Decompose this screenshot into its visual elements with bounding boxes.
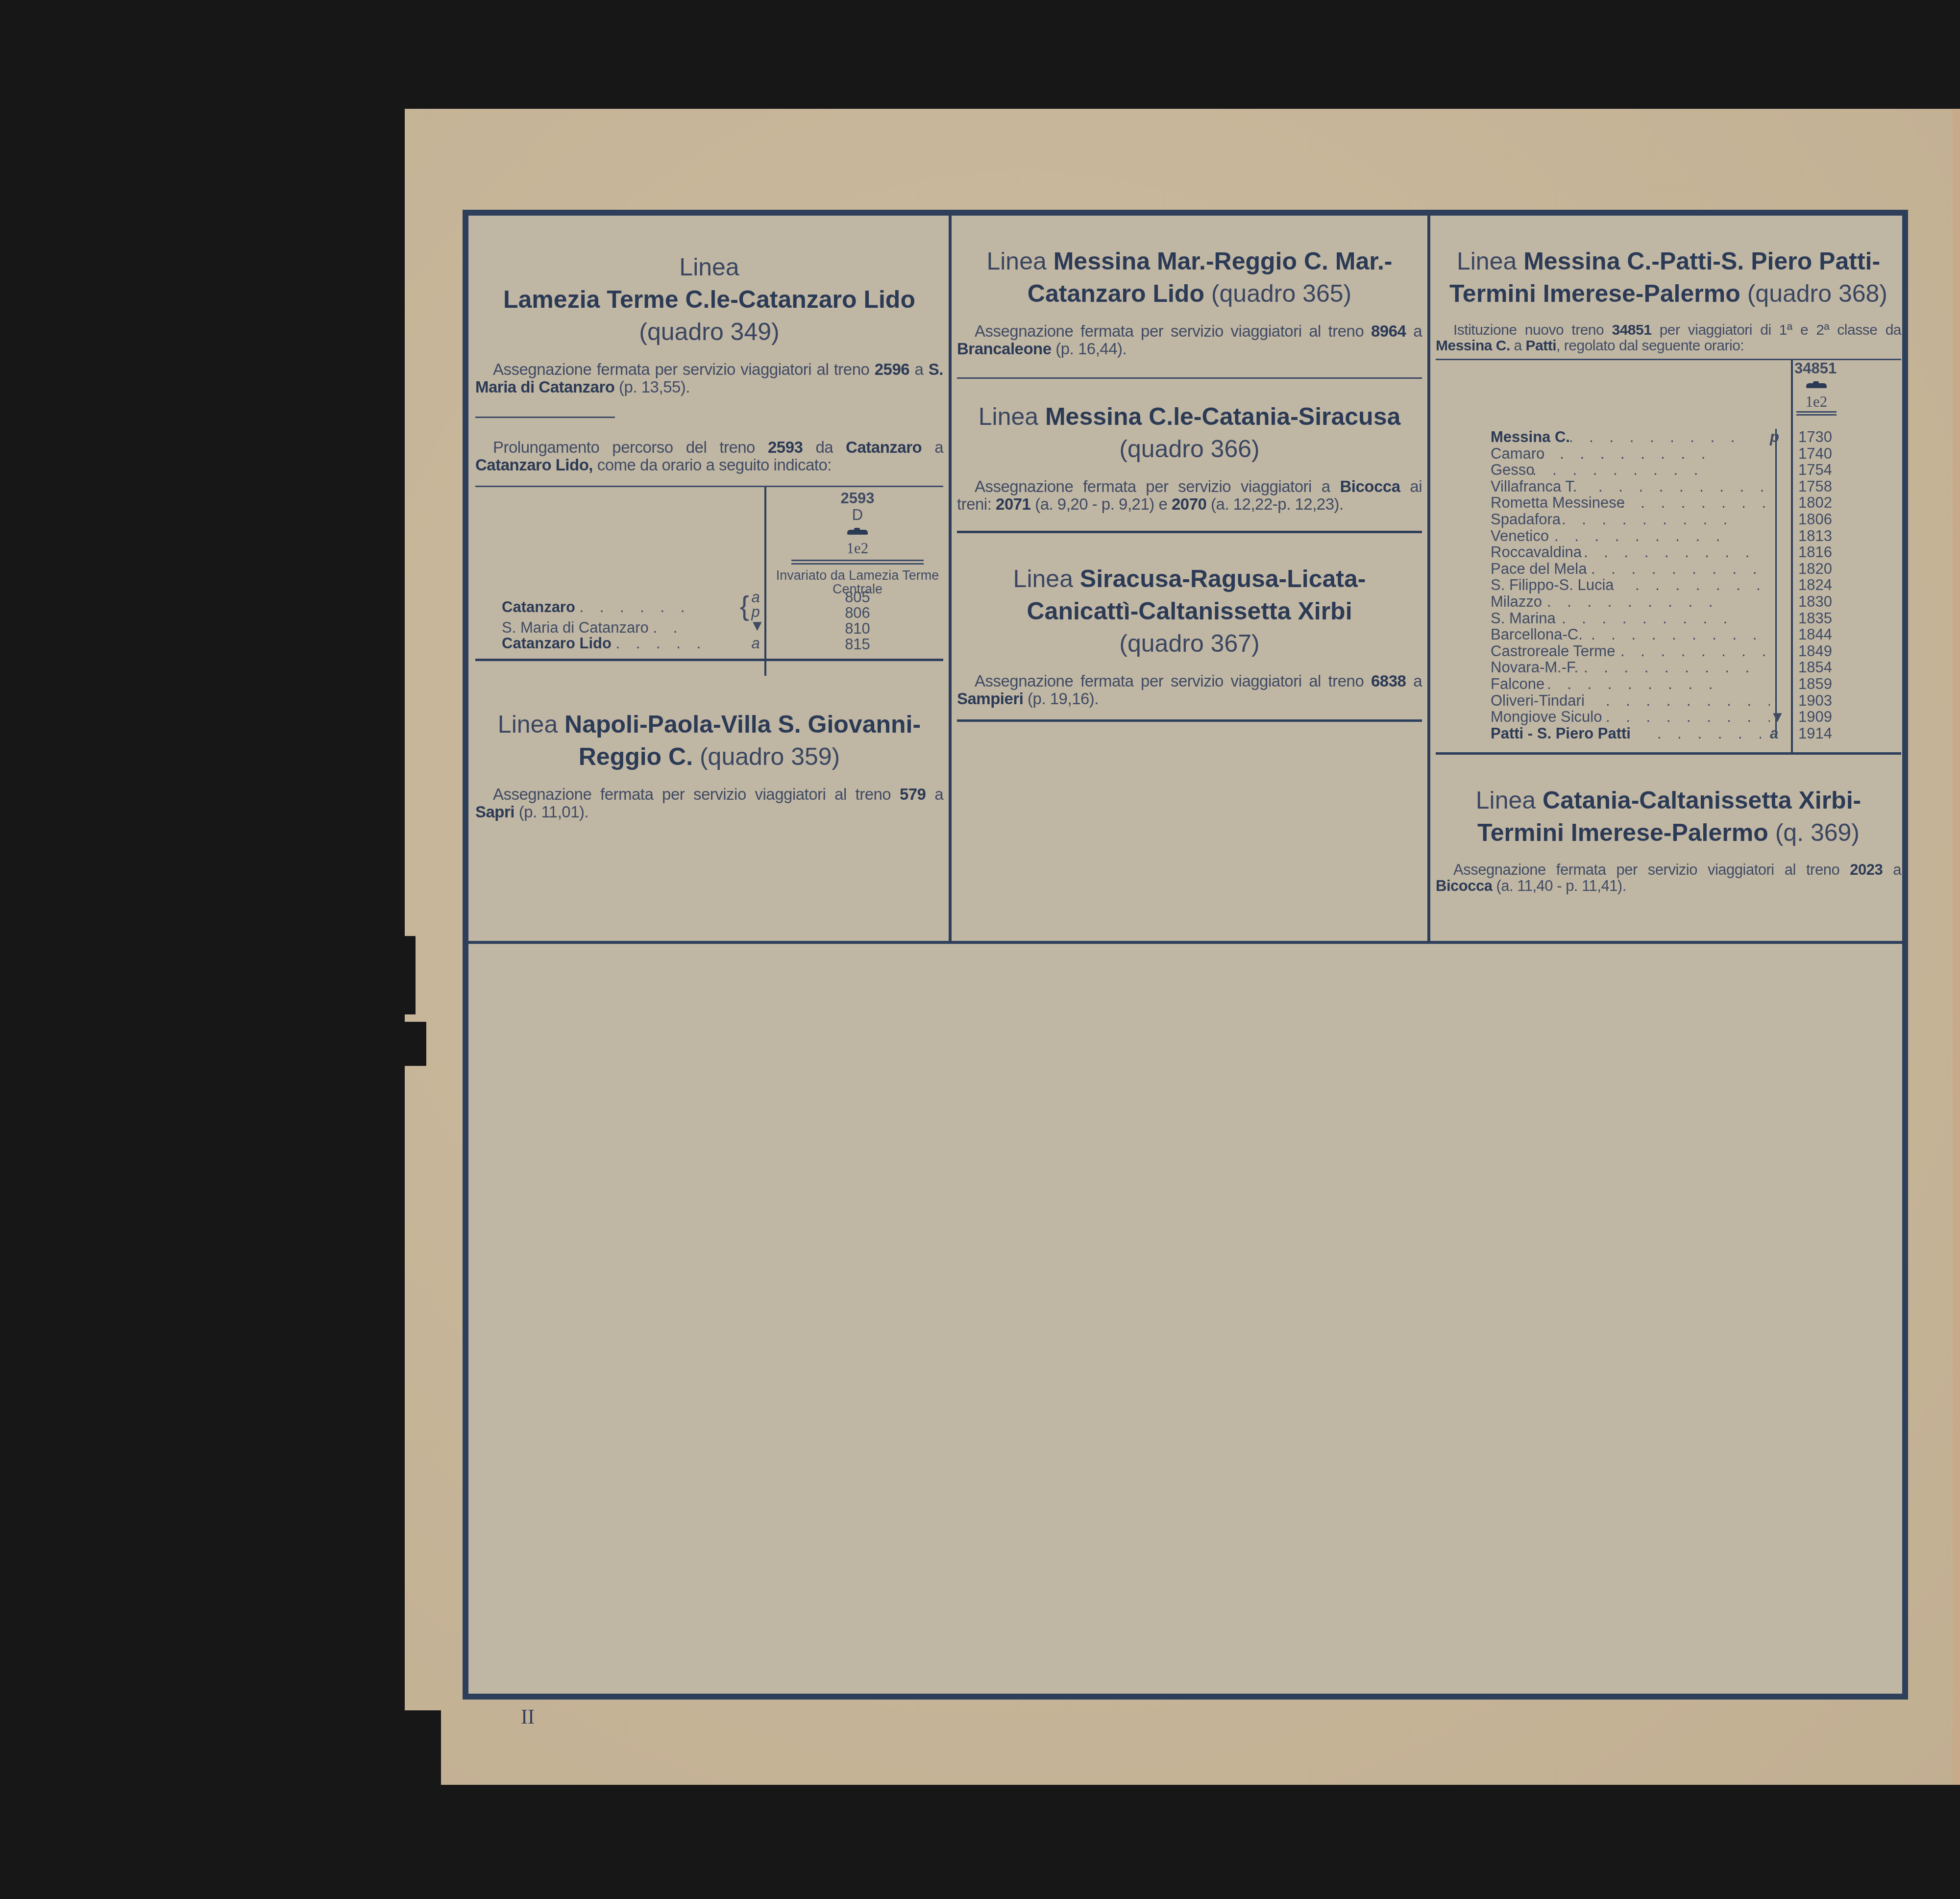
train-type: D [769, 507, 946, 523]
station-name: Oliveri-Tindari [1491, 692, 1585, 709]
indicator-arrive: a [750, 635, 761, 652]
station-name: Novara-M.-F. [1491, 659, 1578, 676]
table-row: Milazzo . . . . . . . . .1830 [1491, 593, 1892, 610]
train-classes: 1e2 [769, 540, 946, 557]
notice-text: Assegnazione fermata per servizio viaggi… [957, 322, 1422, 358]
notice-text: Istituzione nuovo treno 34851 per viaggi… [1436, 322, 1901, 354]
station-name: Roccavaldina [1491, 543, 1582, 561]
short-divider [475, 417, 615, 418]
time-cell: 1859 [1798, 676, 1832, 692]
station-name: Mongiove Siculo [1491, 708, 1602, 725]
time-cell: 1849 [1798, 643, 1832, 660]
station-name: Rometta Messinese [1491, 494, 1625, 511]
table-row: Venetico . . . . . . . . .1813 [1491, 528, 1892, 544]
table-row: Oliveri-Tindari . . . . . . . . .1903 [1491, 692, 1892, 709]
column-2: Linea Messina Mar.-Reggio C. Mar.-Catanz… [950, 216, 1429, 722]
train-number: 2593 [769, 490, 946, 507]
down-arrow-icon: ▼ [750, 617, 765, 634]
table-row: Catanzaro . . . . . . [502, 599, 757, 616]
section-quadro-349: Linea Lamezia Terme C.le-Catanzaro Lido … [475, 251, 943, 396]
station-name: Venetico [1491, 527, 1549, 544]
quadro-ref: (quadro 367) [991, 627, 1388, 660]
section-quadro-368: Linea Messina C.-Patti-S. Piero Patti-Te… [1436, 245, 1901, 354]
line-title: Siracusa-Ragusa-Licata-Canicattì-Caltani… [1027, 565, 1366, 625]
brace-indicator: { [740, 591, 749, 620]
timetable-rows: Messina C. . . . . . . . . .p1730Camaro … [1491, 429, 1892, 741]
stop-indicator: p [1770, 429, 1779, 445]
time-cell: 1802 [1798, 494, 1832, 511]
linea-label: Linea [1013, 565, 1073, 592]
table-row: Falcone . . . . . . . . .1859 [1491, 676, 1892, 692]
section-rule [957, 531, 1422, 533]
station-name: Gesso [1491, 461, 1535, 478]
table-row: Patti - S. Piero Patti . . . . . . . . .… [1491, 725, 1892, 742]
notice-text: Assegnazione fermata per servizio viaggi… [957, 478, 1422, 513]
stop-indicator: a [1770, 725, 1778, 742]
station-name: Catanzaro Lido [502, 635, 612, 652]
linea-label: Linea [498, 711, 558, 738]
time-cell: 1844 [1798, 626, 1832, 643]
table-row: Novara-M.-F. . . . . . . . . .1854 [1491, 659, 1892, 676]
line-title: Lamezia Terme C.le-Catanzaro Lido [503, 286, 915, 313]
blank-lower-area [468, 944, 1902, 1694]
table-divider [764, 487, 766, 676]
torn-edge [397, 936, 416, 1014]
time-cell: 1740 [1798, 445, 1832, 462]
time-cell: 1730 [1798, 429, 1832, 445]
station-name: S. Filippo-S. Lucia [1491, 576, 1614, 593]
section-quadro-365: Linea Messina Mar.-Reggio C. Mar.-Catanz… [957, 245, 1422, 358]
column-3: Linea Messina C.-Patti-S. Piero Patti-Te… [1429, 216, 1908, 894]
quadro-ref: (quadro 359) [700, 743, 840, 770]
station-name: Falcone [1491, 675, 1544, 692]
notice-text: Assegnazione fermata per servizio viaggi… [957, 672, 1422, 708]
station-name: Patti - S. Piero Patti [1491, 725, 1631, 742]
table-row: Mongiove Siculo . . . . . . . . .▼1909 [1491, 709, 1892, 725]
notice-text: Assegnazione fermata per servizio viaggi… [1436, 862, 1901, 894]
time-cell: 1754 [1798, 462, 1832, 478]
table-row: Villafranca T. . . . . . . . . .1758 [1491, 478, 1892, 495]
time-cell: 1835 [1798, 610, 1832, 627]
notice-text: Prolungamento percorso del treno 2593 da… [475, 439, 943, 474]
down-arrow-icon: ▼ [1770, 709, 1785, 725]
section-quadro-367: Linea Siracusa-Ragusa-Licata-Canicattì-C… [957, 563, 1422, 708]
table-row: Barcellona-C. . . . . . . . . .1844 [1491, 626, 1892, 643]
station-name: Messina C. [1491, 428, 1570, 445]
time-cell: 1830 [1798, 593, 1832, 610]
time-cell: 1854 [1798, 659, 1832, 676]
time-cell: 805 [769, 589, 946, 606]
time-cell: 815 [769, 636, 946, 653]
station-name: Catanzaro [502, 598, 575, 616]
time-cell: 1758 [1798, 478, 1832, 495]
time-cell: 810 [769, 620, 946, 637]
table-row: Spadafora . . . . . . . . .1806 [1491, 511, 1892, 528]
linea-label: Linea [1457, 247, 1517, 275]
quadro-ref: (q. 369) [1775, 819, 1860, 846]
time-cell: 1909 [1798, 709, 1832, 725]
train-classes: 1e2 [1794, 394, 1838, 410]
table-row: Catanzaro Lido . . . . . [502, 635, 757, 652]
quadro-ref: (quadro 368) [1747, 280, 1887, 307]
quadro-ref: (quadro 366) [957, 433, 1422, 465]
linea-label: Linea [979, 403, 1038, 430]
torn-edge [397, 1710, 441, 1789]
station-name: Pace del Mela [1491, 560, 1587, 577]
station-name: Villafranca T. [1491, 478, 1577, 495]
station-name: Barcellona-C. [1491, 626, 1583, 643]
station-name: S. Maria di Catanzaro [502, 619, 649, 636]
section-quadro-369: Linea Catania-Caltanissetta Xirbi-Termin… [1436, 784, 1901, 894]
time-cell: 1806 [1798, 511, 1832, 528]
section-rule [957, 719, 1422, 722]
timetable-2593: 2593 D 1e2 Invariato da Lamezia Terme Ce… [475, 487, 943, 678]
time-cell: 1820 [1798, 561, 1832, 577]
time-cell: 1903 [1798, 692, 1832, 709]
torn-edge [397, 1022, 426, 1066]
table-row: Pace del Mela . . . . . . . . .1820 [1491, 561, 1892, 577]
train-number: 34851 [1794, 360, 1838, 377]
table-row: S. Maria di Catanzaro . . [502, 619, 757, 636]
section-extension-2593: Prolungamento percorso del treno 2593 da… [475, 439, 943, 661]
railcar-icon [1804, 381, 1829, 390]
bulletin-frame: Linea Lamezia Terme C.le-Catanzaro Lido … [463, 210, 1908, 1700]
line-title: Messina C.le-Catania-Siracusa [1045, 403, 1400, 430]
next-page-edge [1953, 109, 1960, 1785]
timetable-34851: 34851 1e2 Messina C. . . . . . . . . .p1… [1436, 360, 1901, 757]
column-1: Linea Lamezia Terme C.le-Catanzaro Lido … [468, 216, 950, 821]
notice-text: Assegnazione fermata per servizio viaggi… [475, 786, 943, 821]
table-row: S. Marina . . . . . . . . .1835 [1491, 610, 1892, 627]
table-row: Rometta Messinese . . . . . . . . .1802 [1491, 494, 1892, 511]
time-cell: 1813 [1798, 528, 1832, 544]
table-row: Messina C. . . . . . . . . .p1730 [1491, 429, 1892, 445]
page-number: II [521, 1705, 535, 1729]
linea-label: Linea [475, 251, 943, 283]
table-row: Camaro . . . . . . . . .1740 [1491, 445, 1892, 462]
station-name: S. Marina [1491, 610, 1556, 627]
table-row: Gesso . . . . . . . . .1754 [1491, 462, 1892, 478]
time-cell: 1914 [1798, 725, 1832, 742]
quadro-ref: (quadro 365) [1211, 280, 1351, 307]
table-row: Castroreale Terme . . . . . . . . .1849 [1491, 643, 1892, 660]
section-quadro-366: Linea Messina C.le-Catania-Siracusa (qua… [957, 400, 1422, 513]
time-cell: 1824 [1798, 577, 1832, 593]
station-name: Spadafora [1491, 511, 1561, 528]
double-rule [1796, 411, 1837, 416]
linea-label: Linea [1476, 787, 1536, 814]
station-name: Camaro [1491, 445, 1544, 462]
station-name: Milazzo [1491, 593, 1542, 610]
table-row: Roccavaldina . . . . . . . . .1816 [1491, 544, 1892, 561]
linea-label: Linea [986, 247, 1046, 275]
railcar-icon [845, 528, 870, 537]
station-name: Castroreale Terme [1491, 642, 1615, 660]
double-rule [791, 560, 924, 565]
section-quadro-359: Linea Napoli-Paola-Villa S. Giovanni-Reg… [475, 708, 943, 821]
time-cell: 806 [769, 605, 946, 621]
section-rule [957, 377, 1422, 379]
table-row: S. Filippo-S. Lucia . . . . . . . . .182… [1491, 577, 1892, 593]
time-cell: 1816 [1798, 544, 1832, 561]
quadro-ref: (quadro 349) [475, 316, 943, 348]
notice-text: Assegnazione fermata per servizio viaggi… [475, 361, 943, 396]
